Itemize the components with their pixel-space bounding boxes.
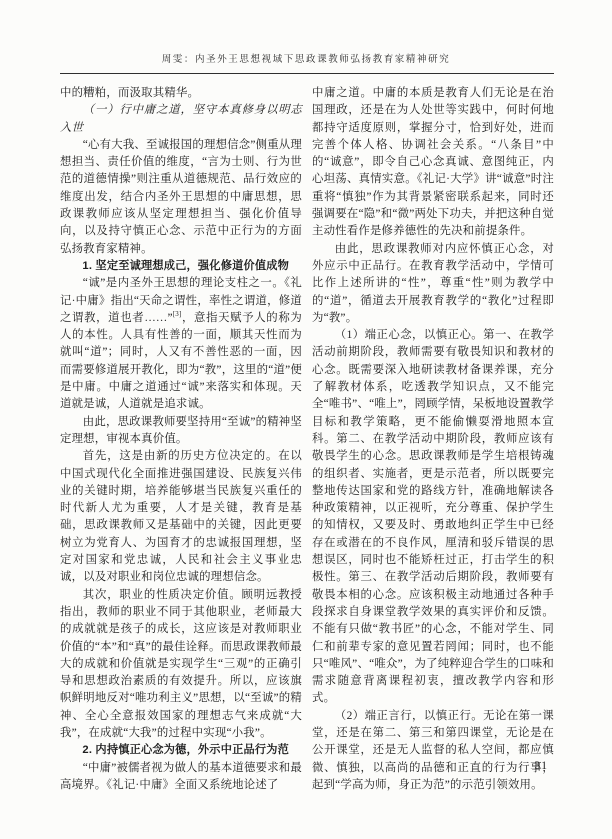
running-head-title: 周雯：内圣外王思想视域下思政课教师弘扬教育家精神研究 (0, 51, 612, 65)
paragraph-continuation: 中庸之道。中庸的本质是教育人们无论是在治国理政，还是在为人处世等实践中，何时何地… (312, 85, 554, 241)
left-column: 中的糟粕，而汲取其精华。 （一）行中庸之道，坚守本真修身以明志入世 “心有大我、… (60, 85, 302, 801)
paragraph-continuation: 中的糟粕，而汲取其精华。 (60, 85, 302, 102)
numbered-heading-2: 2. 内持慎正心念为德，外示中正品行为范 (60, 742, 302, 759)
paper-page: 周雯：内圣外王思想视域下思政课教师弘扬教育家精神研究 中的糟粕，而汲取其精华。 … (0, 0, 612, 839)
numbered-heading-1: 1. 坚定至诚理想成己，强化修道价值成物 (60, 258, 302, 275)
paragraph: （2）端正言行，以慎正行。无论在第一课堂，还是在第二、第三和第四课堂，无论是在公… (312, 708, 554, 794)
footnote-reference: [3] (173, 310, 182, 318)
paragraph: “中庸”被儒者视为做人的基本道德要求和最高境界。《礼记·中庸》全面又系统地论述了 (60, 760, 302, 795)
two-column-body: 中的糟粕，而汲取其精华。 （一）行中庸之道，坚守本真修身以明志入世 “心有大我、… (60, 85, 554, 801)
paragraph: “心有大我、至诚报国的理想信念”侧重从理想担当、责任价值的维度，“言为士则、行为… (60, 137, 302, 258)
paragraph: 由此，思政课教师对内应怀慎正心念，对外应示中正品行。在教育教学活动中，学情可比作… (312, 241, 554, 327)
paragraph: 其次，职业的性质决定价值。顾明远教授指出，教师的职业不同于其他职业，老师最大的成… (60, 587, 302, 743)
right-column: 中庸之道。中庸的本质是教育人们无论是在治国理政，还是在为人处世等实践中，何时何地… (312, 85, 554, 801)
subsection-heading: （一）行中庸之道，坚守本真修身以明志入世 (60, 102, 302, 137)
paragraph: 首先，这是由新的历史方位决定的。在以中国式现代化全面推进强国建设、民族复兴伟业的… (60, 448, 302, 586)
page-number: 31 (535, 760, 549, 772)
paragraph-text: ，意指天赋予人的称为人的本性。人具有性善的一面，顺其天性而为就叫“道”；同时，人… (60, 312, 302, 410)
paragraph: “诚”是内圣外王思想的理论支柱之一。《礼记·中庸》指出“天命之谓性，率性之谓道，… (60, 275, 302, 413)
paragraph: 由此，思政课教师要坚持用“至诚”的精神坚定理想，审视本真价值。 (60, 414, 302, 449)
paragraph: （1）端正心念，以慎正心。第一、在教学活动前期阶段，教师需要有敬畏知识和教材的心… (312, 327, 554, 708)
header-rule (60, 73, 554, 74)
